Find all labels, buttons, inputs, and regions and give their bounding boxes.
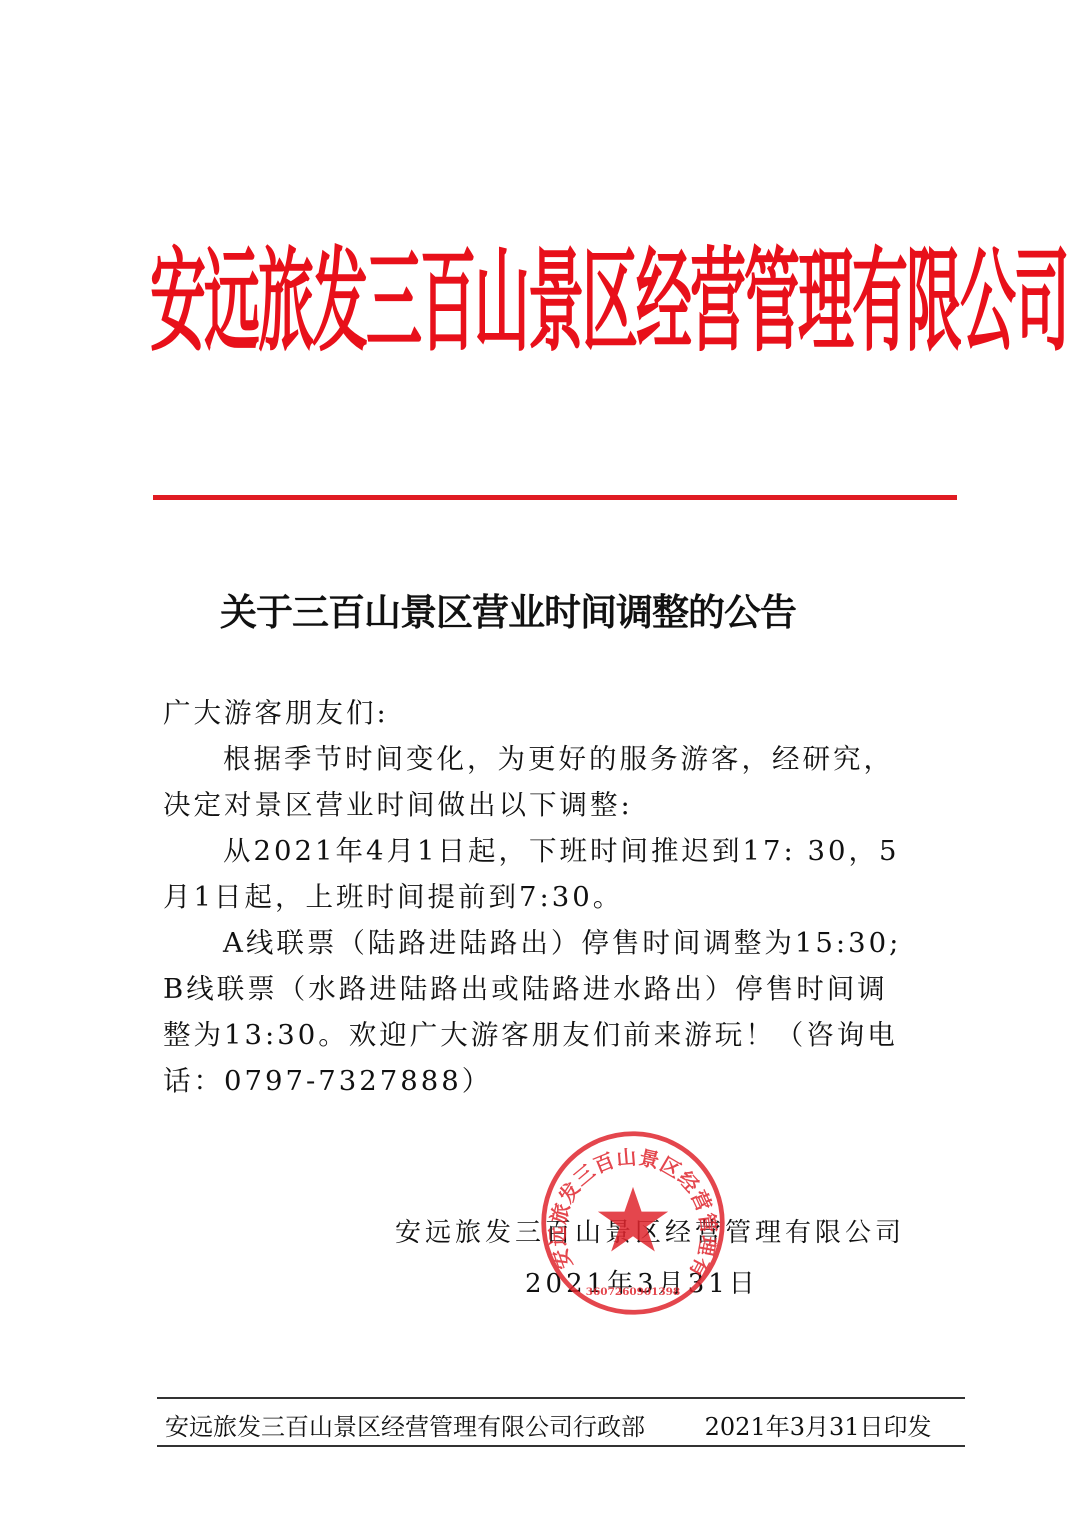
footer-issue-date: 2021年3月31日印发: [705, 1413, 932, 1441]
paragraph: 从2021年4月1日起，下班时间推迟到17: 30，5月1日起，上班时间提前到7…: [163, 828, 915, 920]
salutation: 广大游客朋友们:: [163, 690, 915, 736]
stamp-code: 3607260901398: [586, 1286, 680, 1298]
document-body: 广大游客朋友们: 根据季节时间变化，为更好的服务游客，经研究，决定对景区营业时间…: [163, 690, 915, 1104]
letterhead-red-divider: [153, 495, 957, 500]
letterhead-company-name: 安远旅发三百山景区经营管理有限公司: [150, 154, 950, 454]
official-seal-stamp-icon: 安远旅发三百山景区经营管理有限公司 3607260901398: [538, 1128, 728, 1318]
paragraph: 根据季节时间变化，为更好的服务游客，经研究，决定对景区营业时间做出以下调整:: [163, 736, 915, 828]
footer-department: 安远旅发三百山景区经营管理有限公司行政部: [165, 1413, 645, 1441]
footer-issuance: 安远旅发三百山景区经营管理有限公司行政部 2021年3月31日印发: [165, 1407, 965, 1442]
footer-bottom-rule: [157, 1445, 965, 1447]
document-title: 关于三百山景区营业时间调整的公告: [220, 582, 870, 636]
paragraph: A线联票（陆路进陆路出）停售时间调整为15:30; B线联票（水路进陆路出或陆路…: [163, 920, 915, 1104]
footer-top-rule: [157, 1397, 965, 1399]
